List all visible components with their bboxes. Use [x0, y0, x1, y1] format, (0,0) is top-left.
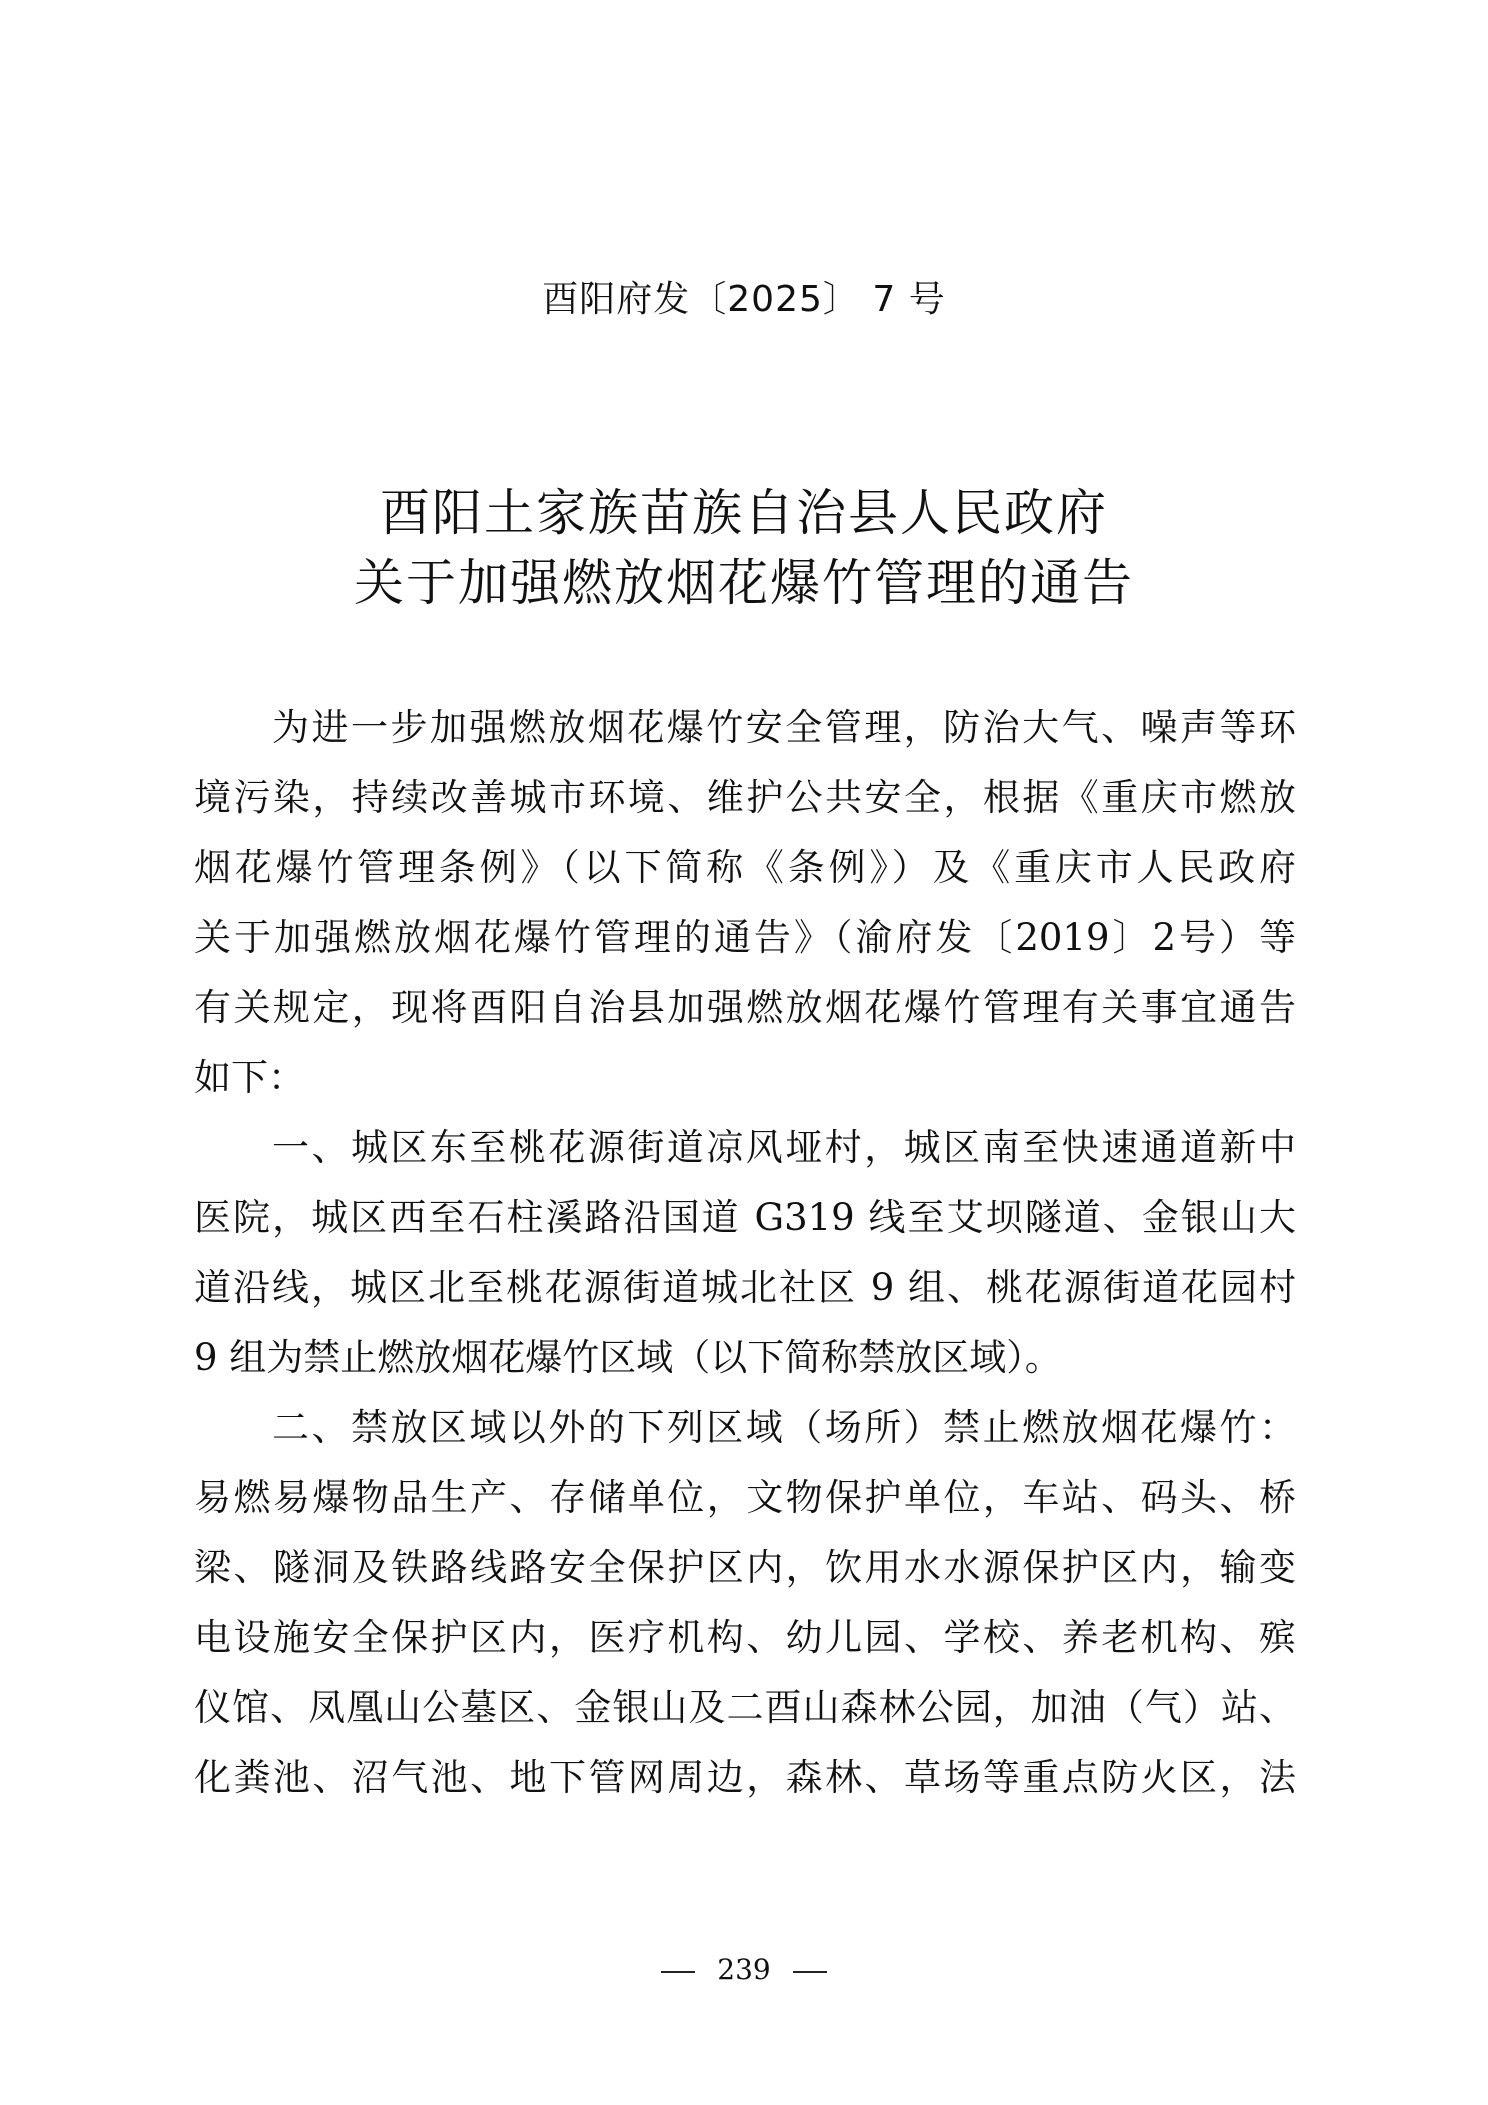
text-line: 烟花爆竹管理条例》（以下简称《条例》）及《重庆市人民政府	[194, 833, 1296, 903]
text-line: 道沿线，城区北至桃花源街道城北社区 9 组、桃花源街道花园村	[194, 1253, 1296, 1323]
document-number: 酉阳府发〔2025〕 7 号	[0, 276, 1488, 324]
doc-number-suffix: 号	[909, 279, 946, 320]
document-page: 酉阳府发〔2025〕 7 号 酉阳土家族苗族自治县人民政府 关于加强燃放烟花爆竹…	[0, 0, 1488, 2105]
doc-number-prefix: 酉阳府发〔	[542, 279, 727, 320]
text-line: 梁、隧洞及铁路线路安全保护区内，饮用水水源保护区内，输变	[194, 1533, 1296, 1603]
doc-number-value: 7	[872, 279, 896, 320]
text-line: 关于加强燃放烟花爆竹管理的通告》（渝府发〔2019〕2号）等	[194, 903, 1296, 973]
text-line: 仪馆、凤凰山公墓区、金银山及二酉山森林公园，加油（气）站、	[194, 1673, 1296, 1743]
paragraph-section-1: 一、城区东至桃花源街道凉风垭村，城区南至快速通道新中 医院，城区西至石柱溪路沿国…	[194, 1113, 1296, 1393]
title-line-1: 酉阳土家族苗族自治县人民政府	[0, 478, 1488, 548]
text-line: 为进一步加强燃放烟花爆竹安全管理，防治大气、噪声等环	[194, 693, 1296, 763]
page-number: 239	[0, 1952, 1488, 1988]
doc-number-year: 2025	[727, 279, 823, 320]
page-number-dash-right	[793, 1971, 827, 1973]
text-line: 如下：	[194, 1043, 1296, 1113]
document-body: 为进一步加强燃放烟花爆竹安全管理，防治大气、噪声等环 境污染，持续改善城市环境、…	[194, 693, 1296, 1813]
text-line: 易燃易爆物品生产、存储单位，文物保护单位，车站、码头、桥	[194, 1463, 1296, 1533]
doc-number-bracket: 〕	[823, 279, 860, 320]
title-line-2: 关于加强燃放烟花爆竹管理的通告	[0, 548, 1488, 618]
document-title: 酉阳土家族苗族自治县人民政府 关于加强燃放烟花爆竹管理的通告	[0, 478, 1488, 618]
text-line: 化粪池、沼气池、地下管网周边，森林、草场等重点防火区，法	[194, 1743, 1296, 1813]
text-line: 9 组为禁止燃放烟花爆竹区域（以下简称禁放区域）。	[194, 1323, 1296, 1393]
text-line: 一、城区东至桃花源街道凉风垭村，城区南至快速通道新中	[194, 1113, 1296, 1183]
paragraph-section-2: 二、禁放区域以外的下列区域（场所）禁止燃放烟花爆竹： 易燃易爆物品生产、存储单位…	[194, 1393, 1296, 1813]
page-number-dash-left	[661, 1971, 695, 1973]
paragraph-intro: 为进一步加强燃放烟花爆竹安全管理，防治大气、噪声等环 境污染，持续改善城市环境、…	[194, 693, 1296, 1113]
text-line: 二、禁放区域以外的下列区域（场所）禁止燃放烟花爆竹：	[194, 1393, 1296, 1463]
text-line: 医院，城区西至石柱溪路沿国道 G319 线至艾坝隧道、金银山大	[194, 1183, 1296, 1253]
text-line: 境污染，持续改善城市环境、维护公共安全，根据《重庆市燃放	[194, 763, 1296, 833]
page-number-value: 239	[717, 1953, 770, 1986]
text-line: 有关规定，现将酉阳自治县加强燃放烟花爆竹管理有关事宜通告	[194, 973, 1296, 1043]
text-line: 电设施安全保护区内，医疗机构、幼儿园、学校、养老机构、殡	[194, 1603, 1296, 1673]
